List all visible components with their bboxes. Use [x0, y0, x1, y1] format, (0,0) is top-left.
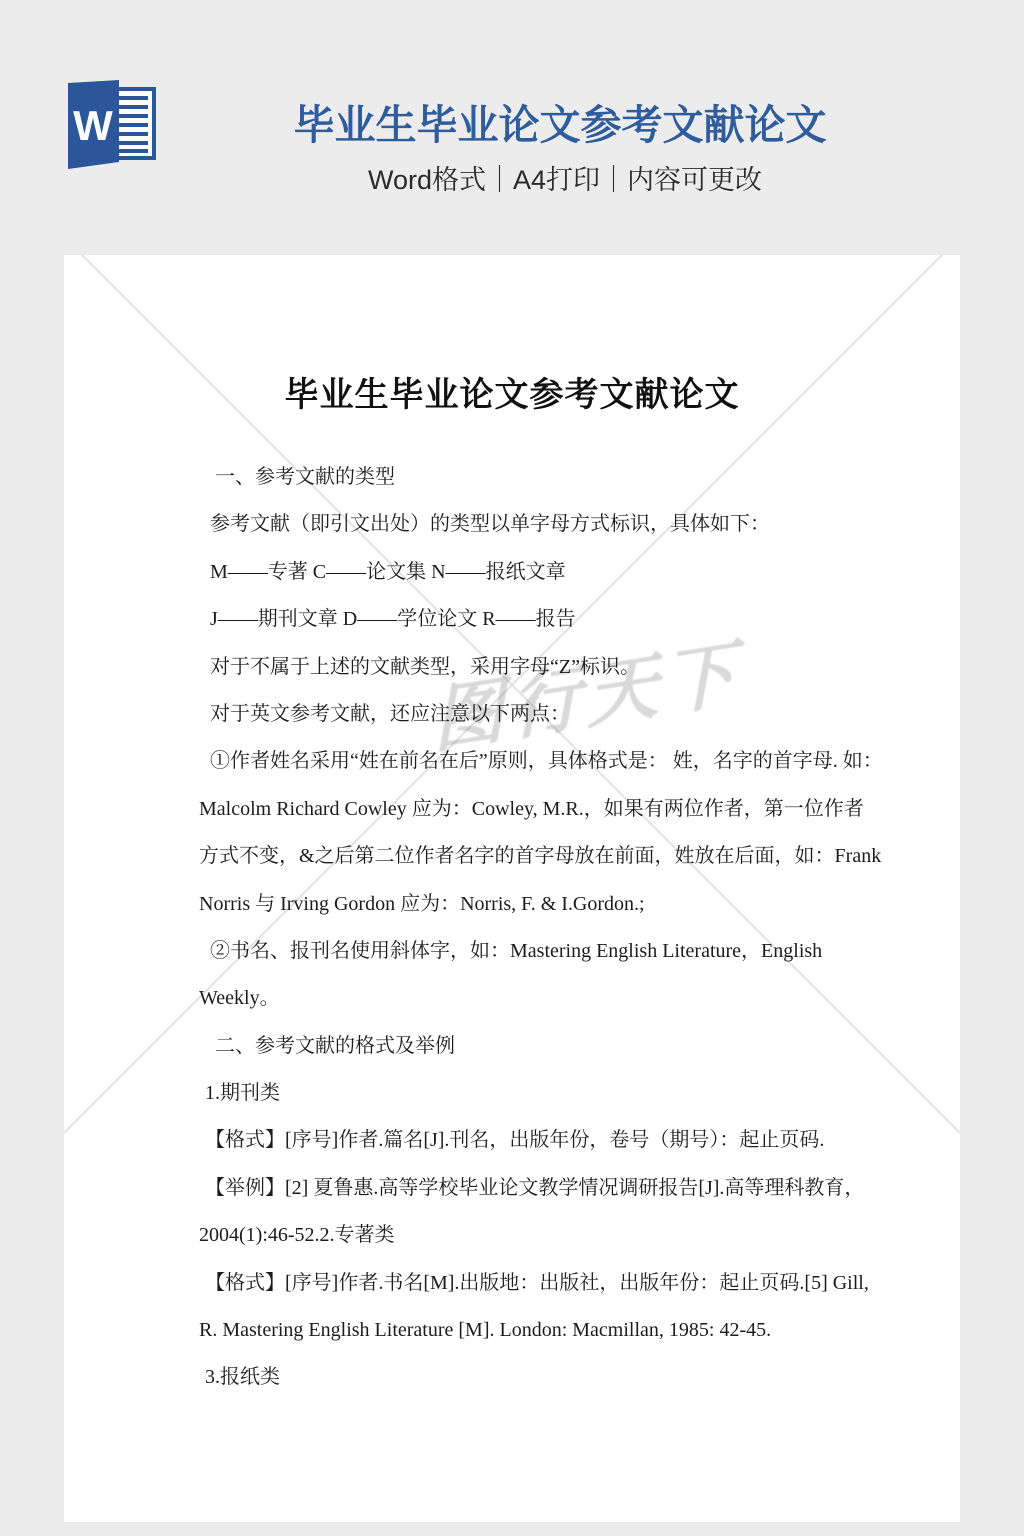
doc-line: Norris 与 Irving Gordon 应为：Norris, F. & I…: [199, 881, 839, 928]
word-file-icon: W: [66, 80, 156, 170]
doc-line: R. Mastering English Literature [M]. Lon…: [199, 1307, 839, 1354]
doc-line: M——专著 C——论文集 N——报纸文章: [199, 549, 839, 596]
word-icon-w-letter: W: [73, 102, 113, 149]
doc-line: Weekly。: [199, 975, 839, 1022]
doc-title: 毕业生毕业论文参考文献论文: [64, 367, 960, 416]
doc-line: 对于英文参考文献，还应注意以下两点：: [199, 691, 839, 738]
doc-line: 【格式】[序号]作者.书名[M].出版地：出版社，出版年份：起止页码.[5] G…: [199, 1260, 839, 1307]
doc-line: 3.报纸类: [199, 1354, 839, 1401]
doc-line: 方式不变，&之后第二位作者名字的首字母放在前面，姓放在后面，如：Frank: [199, 833, 839, 880]
doc-line: 1.期刊类: [199, 1070, 839, 1117]
doc-line: ①作者姓名采用“姓在前名在后”原则，具体格式是： 姓，名字的首字母. 如：: [199, 738, 839, 785]
doc-line: 参考文献（即引文出处）的类型以单字母方式标识，具体如下：: [199, 501, 839, 548]
header-subtitle: Word格式｜A4打印｜内容可更改: [160, 158, 970, 197]
site-header: W 毕业生毕业论文参考文献论文 Word格式｜A4打印｜内容可更改: [0, 0, 1024, 255]
doc-line: 二、参考文献的格式及举例: [199, 1023, 839, 1070]
doc-line: 【举例】[2] 夏鲁惠.高等学校毕业论文教学情况调研报告[J].高等理科教育，: [199, 1165, 839, 1212]
doc-line: 对于不属于上述的文献类型，采用字母“Z”标识。: [199, 644, 839, 691]
doc-line: Malcolm Richard Cowley 应为：Cowley, M.R.，如…: [199, 786, 839, 833]
page-root: { "header": { "icon": "word-file-icon", …: [0, 0, 1024, 1536]
header-title: 毕业生毕业论文参考文献论文: [160, 92, 960, 151]
document-page: 图行天下 毕业生毕业论文参考文献论文 一、参考文献的类型参考文献（即引文出处）的…: [64, 255, 960, 1522]
doc-line: 2004(1):46-52.2.专著类: [199, 1212, 839, 1259]
doc-line: J——期刊文章 D——学位论文 R——报告: [199, 596, 839, 643]
doc-body: 一、参考文献的类型参考文献（即引文出处）的类型以单字母方式标识，具体如下：M——…: [199, 454, 839, 1402]
doc-line: 【格式】[序号]作者.篇名[J].刊名，出版年份，卷号（期号）：起止页码.: [199, 1117, 839, 1164]
word-icon-page-lines: [119, 98, 148, 151]
doc-line: ②书名、报刊名使用斜体字，如：Mastering English Literat…: [199, 928, 839, 975]
doc-line: 一、参考文献的类型: [199, 454, 839, 501]
